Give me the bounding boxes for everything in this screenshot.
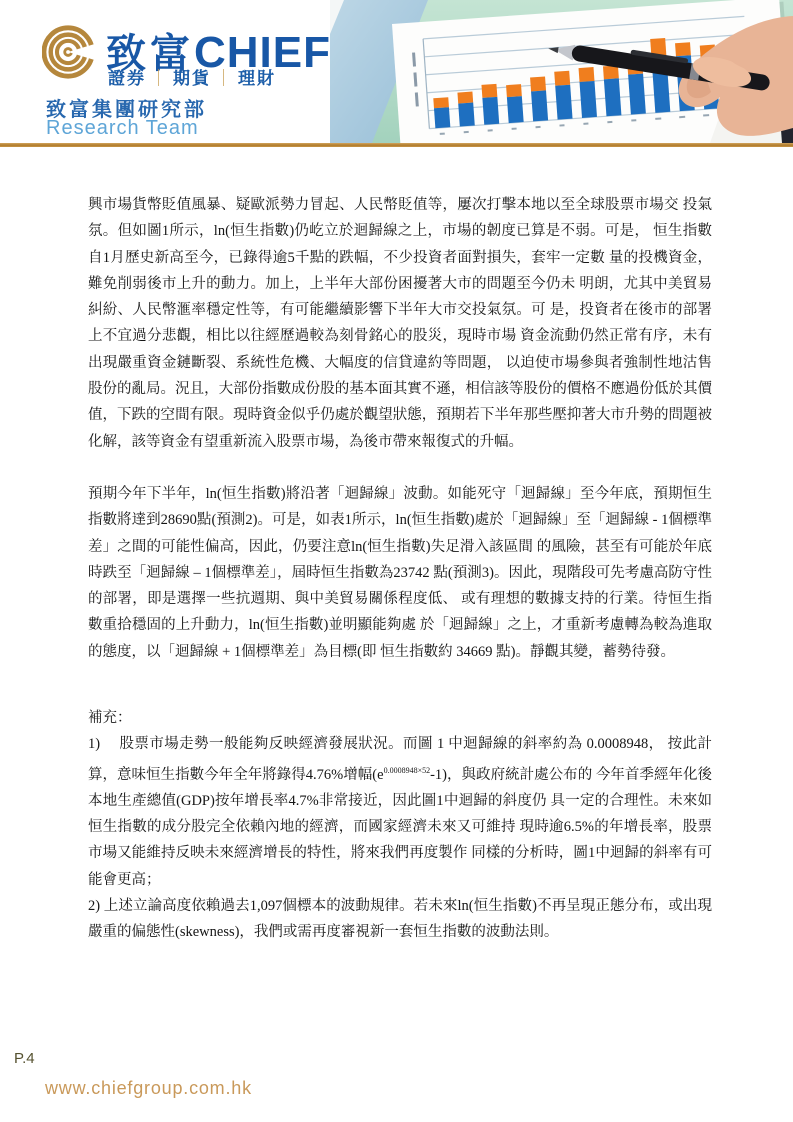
department-name-english: Research Team xyxy=(46,117,199,140)
website-link[interactable]: www.chiefgroup.com.hk xyxy=(45,1078,252,1099)
paragraph-forecast: 預期今年下半年，ln(恒生指數)將沿著「迴歸線」波動。如能死守「迴歸線」至今年底… xyxy=(88,481,712,665)
exponent-superscript: 0.0008948×52 xyxy=(384,766,431,775)
service-securities: 證券 xyxy=(108,69,146,88)
supplement-item-2: 2) 上述立論高度依賴過去1,097個標本的波動規律。若未來ln(恒生指數)不再… xyxy=(88,893,712,946)
supplement-title: 補充： xyxy=(88,705,712,731)
header: 致富CHIEF 證券｜期貨｜理財 致富集團研究部 Research Team xyxy=(0,0,793,143)
supplement-item-1: 1) 股票市場走勢一般能夠反映經濟發展狀況。而圖 1 中迴歸線的斜率約為 0.0… xyxy=(88,731,712,893)
chief-logo-icon xyxy=(42,20,100,84)
service-wealth: 理財 xyxy=(238,69,276,88)
header-photo-hand-pen-chart xyxy=(330,0,793,143)
service-futures: 期貨 xyxy=(173,69,211,88)
supplement-section: 補充： 1) 股票市場走勢一般能夠反映經濟發展狀況。而圖 1 中迴歸線的斜率約為… xyxy=(88,705,712,946)
page-number: P.4 xyxy=(14,1050,35,1067)
report-body: 興市場貨幣貶值風暴、疑歐派勢力冒起、人民幣貶值等，屢次打擊本地以至全球股票市場交… xyxy=(88,192,712,946)
separator-bar: ｜ xyxy=(211,69,238,88)
report-page: 致富CHIEF 證券｜期貨｜理財 致富集團研究部 Research Team 興… xyxy=(0,0,793,1122)
header-divider-rule xyxy=(0,143,793,147)
supplement-item-1-text-cont: -1)，與政府統計處公布的 今年首季經年化後本地生產總值(GDP)按年增長率4.… xyxy=(88,766,712,887)
separator-bar: ｜ xyxy=(146,69,173,88)
paragraph-market-resilience: 興市場貨幣貶值風暴、疑歐派勢力冒起、人民幣貶值等，屢次打擊本地以至全球股票市場交… xyxy=(88,192,712,455)
brand-services-line: 證券｜期貨｜理財 xyxy=(108,64,276,89)
